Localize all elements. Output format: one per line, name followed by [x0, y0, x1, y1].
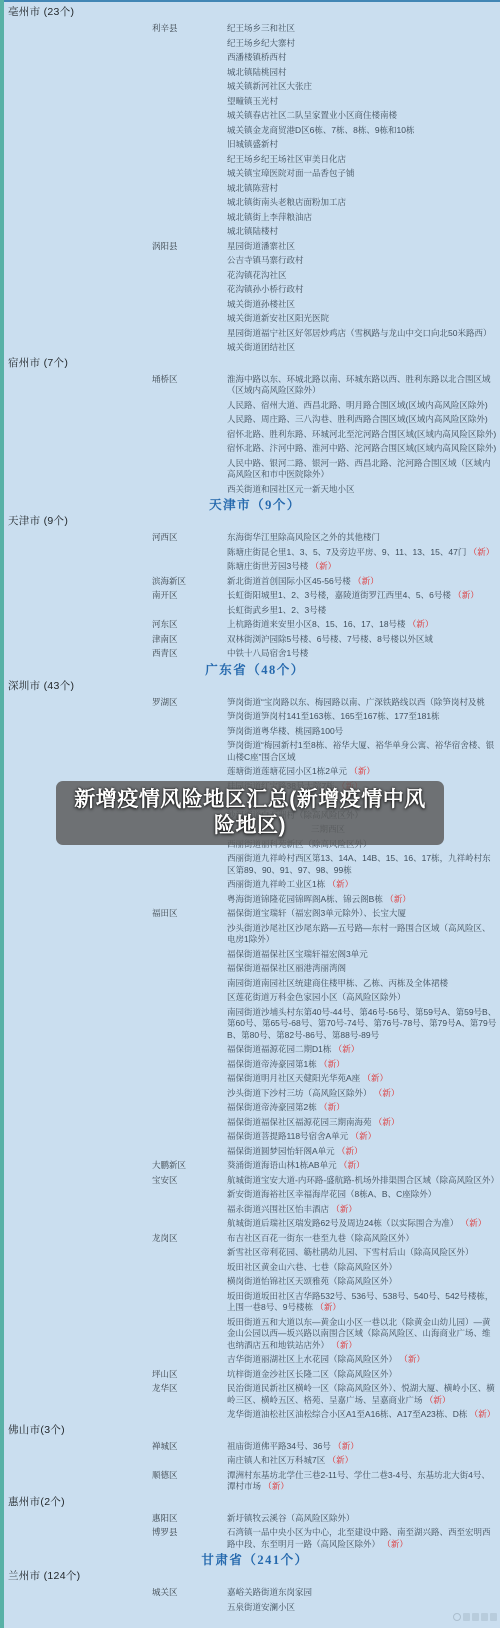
item-text: 吉华街道丽湖社区上水花园（除高风险区外） （新）: [227, 1354, 500, 1366]
table-row: 福保街道福保社区丽港湾丽湾阁: [8, 963, 500, 975]
table-row: 新安街道海裕社区幸福海岸花园（8栋A、B、C座除外）: [8, 1189, 500, 1201]
district-cell: [152, 1291, 227, 1314]
table-row: 吉华街道丽湖社区上水花园（除高风险区外） （新）: [8, 1354, 500, 1366]
district-cell: [152, 1131, 227, 1143]
district-cell: [152, 154, 227, 166]
district-cell: [152, 1262, 227, 1274]
table-row: 西丽街道九祥岭村西区第13、14A、14B、15、16、17栋，九祥岭村东区第8…: [8, 853, 500, 876]
table-row: 埇桥区淮海中路以东、环城北路以南、环城东路以西、胜利东路以北合围区域（区域内高风…: [8, 374, 500, 397]
new-badge: （新）: [466, 547, 494, 557]
district-cell: [152, 429, 227, 441]
district-cell: 宝安区: [152, 1175, 227, 1187]
table-row: 公吉寺镇马寨行政村: [8, 255, 500, 267]
new-badge: （新）: [325, 1455, 353, 1465]
province-header: 广东省（48个）: [8, 663, 500, 678]
item-text: 石湾镇一品中央小区为中心，北至建设中路、南至湖兴路、西至宏明西路中段、东至明月一…: [227, 1527, 500, 1550]
district-cell: [152, 255, 227, 267]
item-text: 坑梓街道金沙社区长隆二区（除高风险区外）: [227, 1369, 500, 1381]
table-row: 坂田街道坂田社区吉华路532号、536号、538号、540号、542号楼栋，上围…: [8, 1291, 500, 1314]
item-text: 航城街道后瑞社区瑞发路62号及周边24栋（以实际围合为准） （新）: [227, 1218, 500, 1230]
new-badge: （新）: [467, 1409, 495, 1419]
district-cell: 滨海新区: [152, 576, 227, 588]
district-cell: [152, 284, 227, 296]
new-badge: （新）: [337, 1160, 365, 1170]
table-row: 西关街道和园社区元一新天地小区: [8, 484, 500, 496]
district-cell: 博罗县: [152, 1527, 227, 1550]
table-row: 津南区双林街浏沪园除5号楼、6号楼、7号楼、8号楼以外区域: [8, 634, 500, 646]
district-cell: [152, 226, 227, 238]
item-text: 南园街道沙埔头村东第40号-44号、第46号-56号、第59号A、第59号B、第…: [227, 1007, 500, 1042]
table-row: 人民路、周庄路、三八沟巷、胜利西路合围区域(区域内高风险区除外): [8, 414, 500, 426]
district-cell: [152, 139, 227, 151]
overlay-title: 新增疫情风险地区汇总(新增疫情中风险地区): [56, 787, 444, 839]
table-row: 河东区上杭路街道来安里小区8、15、16、17、18号楼 （新）: [8, 619, 500, 631]
new-badge: （新）: [451, 590, 479, 600]
table-row: 人民路、宿州大道、西昌北路、明月路合围区域(区域内高风险区除外): [8, 400, 500, 412]
new-badge: （新）: [325, 879, 353, 889]
table-row: 禅城区祖庙街道佛平路34号、36号 （新）: [8, 1441, 500, 1453]
item-text: 人民路、周庄路、三八沟巷、胜利西路合围区域(区域内高风险区除外): [227, 414, 500, 426]
new-badge: （新）: [423, 1395, 451, 1405]
table-row: 宿怀北路、汴河中路、淮河中路、沱河路合围区域(区域内高风险区除外): [8, 443, 500, 455]
table-row: 福保街道圆梦园怡轩阁A单元 （新）: [8, 1146, 500, 1158]
district-cell: [152, 52, 227, 64]
table-row: 福保街道福保社区宝瑞轩福宏阁3单元: [8, 949, 500, 961]
item-text: 新圩镇牧云溪谷（高风险区除外）: [227, 1513, 500, 1525]
new-badge: （新）: [331, 1044, 359, 1054]
district-cell: [152, 1146, 227, 1158]
district-cell: [152, 1088, 227, 1100]
table-row: 城北镇陆楼村: [8, 226, 500, 238]
table-row: 城北镇陈营村: [8, 183, 500, 195]
table-row: 罗湖区笋岗街道“宝岗路以东、梅园路以南、广深铁路线以西（除笋岗村及桃: [8, 697, 500, 709]
district-cell: [152, 270, 227, 282]
item-text: 沙头街道下沙村三坊（高风险区除外） （新）: [227, 1088, 500, 1100]
item-text: 嘉峪关路街道东岗家园: [227, 1587, 500, 1599]
table-row: 福田区福保街道宝瑞轩（福宏阁3单元除外）、长宝大厦: [8, 908, 500, 920]
item-text: 中铁十八局宿舍1号楼: [227, 648, 500, 660]
new-badge: （新）: [383, 894, 411, 904]
district-cell: [152, 81, 227, 93]
district-cell: [152, 313, 227, 325]
item-text: 福保街道福保社区宝瑞轩福宏阁3单元: [227, 949, 500, 961]
district-cell: [152, 183, 227, 195]
watermark-text-blur: [490, 1613, 497, 1621]
district-cell: [152, 1276, 227, 1288]
item-text: 民治街道民新社区横岭一区（除高风险区外）、悦湖大厦、横岭小区、横岭三区、横岭五区…: [227, 1383, 500, 1406]
district-cell: [152, 414, 227, 426]
district-cell: 大鹏新区: [152, 1160, 227, 1172]
table-row: 沙头街道下沙村三坊（高风险区除外） （新）: [8, 1088, 500, 1100]
item-text: 陈塘庄街昆仑里1、3、5、7及旁边平房、9、11、13、15、47门 （新）: [227, 547, 500, 559]
table-row: 纪王场乡纪大寨村: [8, 38, 500, 50]
new-badge: （新）: [329, 1204, 357, 1214]
item-text: 笋岗街道“梅园新村1至8栋、裕华大厦、裕华单身公寓、裕华宿舍楼、银山楼C座”围合…: [227, 740, 500, 763]
district-cell: [152, 923, 227, 946]
district-cell: 惠阳区: [152, 1513, 227, 1525]
table-row: 五泉街道安澜小区: [8, 1602, 500, 1614]
item-text: 莲塘街道莲塘花园小区1栋2单元 （新）: [227, 766, 500, 778]
table-row: 陈塘庄街昆仑里1、3、5、7及旁边平房、9、11、13、15、47门 （新）: [8, 547, 500, 559]
district-cell: [152, 726, 227, 738]
district-cell: [152, 879, 227, 891]
new-badge: （新）: [380, 1539, 408, 1549]
item-text: 望疃镇玉光村: [227, 96, 500, 108]
item-text: 花沟镇孙小桥行政村: [227, 284, 500, 296]
district-cell: [152, 1218, 227, 1230]
item-text: 宿怀北路、汴河中路、淮河中路、沱河路合围区域(区域内高风险区除外): [227, 443, 500, 455]
table-row: 南园街道沙埔头村东第40号-44号、第46号-56号、第59号A、第59号B、第…: [8, 1007, 500, 1042]
district-cell: 西青区: [152, 648, 227, 660]
district-cell: [152, 1007, 227, 1042]
item-text: 星园街道福宁社区好邻居炒鸡店（雪枫路与龙山中交口向北50米路西）: [227, 328, 500, 340]
new-badge: （新）: [331, 1441, 359, 1451]
city-label: 佛山市(3个): [8, 1424, 500, 1437]
item-text: 坂田社区黄金山六巷、七巷（除高风险区外）: [227, 1262, 500, 1274]
city-label: 天津市 (9个): [8, 515, 500, 528]
item-text: 东海街华江里除高风险区之外的其他楼门: [227, 532, 500, 544]
item-text: 福保街道圆梦园怡轩阁A单元 （新）: [227, 1146, 500, 1158]
district-cell: [152, 711, 227, 723]
item-text: 坂田街道坂田社区吉华路532号、536号、538号、540号、542号楼栋，上围…: [227, 1291, 500, 1314]
district-cell: [152, 978, 227, 990]
item-text: 坂田街道五和大道以东—黄金山小区一巷以北（除黄金山幼儿园）—黄金山公园以西—坂兴…: [227, 1317, 500, 1352]
district-cell: [152, 443, 227, 455]
watermark-text-blur: [472, 1613, 479, 1621]
table-row: 航城街道后瑞社区瑞发路62号及周边24栋（以实际围合为准） （新）: [8, 1218, 500, 1230]
district-cell: [152, 853, 227, 876]
district-cell: [152, 963, 227, 975]
table-row: 龙岗区布吉社区百花一街东一巷至九巷（除高风险区外）: [8, 1233, 500, 1245]
table-row: 旧城镇盛新村: [8, 139, 500, 151]
new-badge: （新）: [397, 1354, 425, 1364]
item-text: 福保街道福源花园二期D1栋 （新）: [227, 1044, 500, 1056]
new-badge: （新）: [347, 766, 375, 776]
district-cell: [152, 1059, 227, 1071]
table-row: 南庄镇人和社区万科城7区 （新）: [8, 1455, 500, 1467]
district-cell: 坪山区: [152, 1369, 227, 1381]
item-text: 粤海街道锦隆花园锦晖阁A栋、锦云阁B栋 （新）: [227, 894, 500, 906]
item-text: 福保街道福保社区丽港湾丽湾阁: [227, 963, 500, 975]
watermark-logo-icon: [453, 1613, 461, 1621]
district-cell: [152, 67, 227, 79]
item-text: 葵涌街道海语山林1栋AB单元 （新）: [227, 1160, 500, 1172]
item-text: 花沟镇花沟社区: [227, 270, 500, 282]
table-row: 龙华街道油松社区油松综合小区A1至A16栋、A17至A23栋、D栋 （新）: [8, 1409, 500, 1421]
table-row: 笋岗街道粤华楼、桃园路100号: [8, 726, 500, 738]
table-row: 南园街道南园社区统建商住楼甲栋、乙栋、丙栋及全体裙楼: [8, 978, 500, 990]
district-cell: [152, 125, 227, 137]
city-label: 深圳市 (43个): [8, 680, 500, 693]
new-badge: （新）: [335, 1146, 363, 1156]
table-row: 城北镇街上李萍粮油店: [8, 212, 500, 224]
district-cell: 禅城区: [152, 1441, 227, 1453]
item-text: 笋岗街道“宝岗路以东、梅园路以南、广深铁路线以西（除笋岗村及桃: [227, 697, 500, 709]
item-text: 淮海中路以东、环城北路以南、环城东路以西、胜利东路以北合围区域（区域内高风险区除…: [227, 374, 500, 397]
district-cell: [152, 547, 227, 559]
item-text: 城关街道新安社区阳光医院: [227, 313, 500, 325]
new-badge: （新）: [406, 619, 434, 629]
item-text: 西关街道和园社区元一新天地小区: [227, 484, 500, 496]
district-cell: [152, 1073, 227, 1085]
table-row: 城北镇陆桃园村: [8, 67, 500, 79]
item-text: 公吉寺镇马寨行政村: [227, 255, 500, 267]
item-text: 西丽街道九祥岭工业区1栋 （新）: [227, 879, 500, 891]
table-row: 惠阳区新圩镇牧云溪谷（高风险区除外）: [8, 1513, 500, 1525]
district-cell: [152, 1602, 227, 1614]
new-badge: （新）: [348, 1131, 376, 1141]
table-row: 新雪社区帝利花园、簕杜鹃幼儿园、下雪村后山（除高风险区外）: [8, 1247, 500, 1259]
district-cell: 津南区: [152, 634, 227, 646]
table-row: 河西区东海街华江里除高风险区之外的其他楼门: [8, 532, 500, 544]
title-overlay: 新增疫情风险地区汇总(新增疫情中风险地区): [56, 781, 444, 845]
city-label: 惠州市(2个): [8, 1496, 500, 1509]
table-row: 南开区长虹街阳城里1、2、3号楼，嘉陵道街罗江西里4、5、6号楼 （新）: [8, 590, 500, 602]
item-text: 旧城镇盛新村: [227, 139, 500, 151]
new-badge: （新）: [317, 1059, 345, 1069]
district-cell: [152, 1354, 227, 1366]
district-cell: [152, 328, 227, 340]
district-cell: [152, 949, 227, 961]
item-text: 城关街道团结社区: [227, 342, 500, 354]
table-row: 大鹏新区葵涌街道海语山林1栋AB单元 （新）: [8, 1160, 500, 1172]
table-row: 宿怀北路、胜利东路、环城河北至沱河路合围区域(区域内高风险区除外): [8, 429, 500, 441]
new-badge: （新）: [351, 576, 379, 586]
district-cell: 涡阳县: [152, 241, 227, 253]
table-row: 福保街道福保社区福源花园三期南海苑 （新）: [8, 1117, 500, 1129]
item-text: 纪王场乡纪大寨村: [227, 38, 500, 50]
item-text: 上杭路街道来安里小区8、15、16、17、18号楼 （新）: [227, 619, 500, 631]
province-header: 甘肃省（241个）: [8, 1553, 500, 1568]
district-cell: [152, 1247, 227, 1259]
item-text: 福保街道宝瑞轩（福宏阁3单元除外）、长宝大厦: [227, 908, 500, 920]
item-text: 福保街道帝涛豪园第1栋 （新）: [227, 1059, 500, 1071]
table-row: 城关街道孙楼社区: [8, 299, 500, 311]
district-cell: [152, 299, 227, 311]
district-cell: [152, 605, 227, 617]
table-row: 西丽街道九祥岭工业区1栋 （新）: [8, 879, 500, 891]
city-label: 宿州市 (7个): [8, 357, 500, 370]
item-text: 南园街道南园社区统建商住楼甲栋、乙栋、丙栋及全体裙楼: [227, 978, 500, 990]
table-row: 横岗街道怡锦社区天颂雅苑（除高风险区外）: [8, 1276, 500, 1288]
item-text: 新北街道首创国际小区45-56号楼 （新）: [227, 576, 500, 588]
item-text: 潭洲村东基坊北学仕三巷2-11号、学仕二巷3-4号、东基坊北大街4号、潭村市场 …: [227, 1470, 500, 1493]
item-text: 祖庙街道佛平路34号、36号 （新）: [227, 1441, 500, 1453]
watermark-text-blur: [481, 1613, 488, 1621]
district-cell: 龙华区: [152, 1383, 227, 1406]
item-text: 宿怀北路、胜利东路、环城河北至沱河路合围区域(区域内高风险区除外): [227, 429, 500, 441]
table-row: 区莲花街道万科金色家园小区（高风险区除外）: [8, 992, 500, 1004]
district-cell: 利辛县: [152, 23, 227, 35]
district-cell: [152, 992, 227, 1004]
item-text: 人民路、宿州大道、西昌北路、明月路合围区域(区域内高风险区除外): [227, 400, 500, 412]
table-row: 城北镇街南头老粮店面粉加工店: [8, 197, 500, 209]
new-badge: （新）: [313, 1302, 341, 1312]
item-text: 福保街道福保社区福源花园三期南海苑 （新）: [227, 1117, 500, 1129]
item-text: 西丽街道九祥岭村西区第13、14A、14B、15、16、17栋，九祥岭村东区第8…: [227, 853, 500, 876]
item-text: 福保街道明月社区天健阳光华苑A座 （新）: [227, 1073, 500, 1085]
table-row: 人民中路、银河二路、银河一路、西昌北路、沱河路合围区域（区域内高风险区和市中医院…: [8, 458, 500, 481]
district-cell: 龙岗区: [152, 1233, 227, 1245]
district-cell: 顺德区: [152, 1470, 227, 1493]
district-cell: 埇桥区: [152, 374, 227, 397]
district-cell: [152, 1102, 227, 1114]
table-row: 城关镇春店社区二队呈家置业小区商住楼南楼: [8, 110, 500, 122]
item-text: 城关街道孙楼社区: [227, 299, 500, 311]
table-row: 西潘楼镇桥西村: [8, 52, 500, 64]
district-cell: [152, 1455, 227, 1467]
table-row: 坂田街道五和大道以东—黄金山小区一巷以北（除黄金山幼儿园）—黄金山公园以西—坂兴…: [8, 1317, 500, 1352]
table-row: 坂田社区黄金山六巷、七巷（除高风险区外）: [8, 1262, 500, 1274]
district-cell: [152, 38, 227, 50]
district-cell: 福田区: [152, 908, 227, 920]
table-row: 宝安区航城街道宝安大道-内环路-盛航路-机场外排渠围合区域（除高风险区外）: [8, 1175, 500, 1187]
table-row: 莲塘街道莲塘花园小区1栋2单元 （新）: [8, 766, 500, 778]
table-row: 龙华区民治街道民新社区横岭一区（除高风险区外）、悦湖大厦、横岭小区、横岭三区、横…: [8, 1383, 500, 1406]
table-row: 笋岗街道笋岗村141至163栋、165至167栋、177至181栋: [8, 711, 500, 723]
item-text: 横岗街道怡锦社区天颂雅苑（除高风险区外）: [227, 1276, 500, 1288]
district-cell: 南开区: [152, 590, 227, 602]
table-row: 城关街道新安社区阳光医院: [8, 313, 500, 325]
table-row: 花沟镇花沟社区: [8, 270, 500, 282]
table-row: 坪山区坑梓街道金沙社区长隆二区（除高风险区外）: [8, 1369, 500, 1381]
item-text: 人民中路、银河二路、银河一路、西昌北路、沱河路合围区域（区域内高风险区和市中医院…: [227, 458, 500, 481]
table-row: 福保街道帝涛豪园第1栋 （新）: [8, 1059, 500, 1071]
table-row: 粤海街道锦隆花园锦晖阁A栋、锦云阁B栋 （新）: [8, 894, 500, 906]
district-cell: [152, 766, 227, 778]
new-badge: （新）: [372, 1117, 400, 1127]
city-label: 兰州市 (124个): [8, 1570, 500, 1583]
district-cell: [152, 484, 227, 496]
district-cell: [152, 168, 227, 180]
table-row: 滨海新区新北街道首创国际小区45-56号楼 （新）: [8, 576, 500, 588]
new-badge: （新）: [308, 561, 336, 571]
new-badge: （新）: [458, 1218, 486, 1228]
item-text: 城北镇街上李萍粮油店: [227, 212, 500, 224]
table-row: 福保街道福源花园二期D1栋 （新）: [8, 1044, 500, 1056]
item-text: 城关镇宝璋医院对面一品香包子铺: [227, 168, 500, 180]
item-text: 沙头街道沙尾社区沙尾东路—五号路—东村一路围合区域（高风险区、电房1除外）: [227, 923, 500, 946]
table-row: 花沟镇孙小桥行政村: [8, 284, 500, 296]
new-badge: （新）: [329, 1340, 357, 1350]
province-header: 天津市（9个）: [8, 498, 500, 513]
district-cell: [152, 212, 227, 224]
table-row: 望疃镇玉光村: [8, 96, 500, 108]
item-text: 笋岗街道笋岗村141至163栋、165至167栋、177至181栋: [227, 711, 500, 723]
district-cell: [152, 400, 227, 412]
table-row: 福保街道帝涛豪园第2栋 （新）: [8, 1102, 500, 1114]
table-row: 陈塘庄街世芳园3号楼 （新）: [8, 561, 500, 573]
table-row: 城关镇新河社区大张庄: [8, 81, 500, 93]
item-text: 城北镇陆楼村: [227, 226, 500, 238]
table-row: 城关区嘉峪关路街道东岗家园: [8, 1587, 500, 1599]
district-cell: 罗湖区: [152, 697, 227, 709]
district-cell: [152, 1409, 227, 1421]
item-text: 南庄镇人和社区万科城7区 （新）: [227, 1455, 500, 1467]
district-cell: [152, 96, 227, 108]
table-row: 沙头街道沙尾社区沙尾东路—五号路—东村一路围合区域（高风险区、电房1除外）: [8, 923, 500, 946]
district-cell: [152, 1117, 227, 1129]
item-text: 龙华街道油松社区油松综合小区A1至A16栋、A17至A23栋、D栋 （新）: [227, 1409, 500, 1421]
district-cell: [152, 1204, 227, 1216]
new-badge: （新）: [360, 1073, 388, 1083]
item-text: 城北镇街南头老粮店面粉加工店: [227, 197, 500, 209]
item-text: 西潘楼镇桥西村: [227, 52, 500, 64]
item-text: 城北镇陈营村: [227, 183, 500, 195]
watermark: [453, 1611, 497, 1623]
item-text: 纪王场乡三和社区: [227, 23, 500, 35]
item-text: 航城街道宝安大道-内环路-盛航路-机场外排渠围合区域（除高风险区外）: [227, 1175, 500, 1187]
item-text: 城关镇春店社区二队呈家置业小区商住楼南楼: [227, 110, 500, 122]
district-cell: [152, 110, 227, 122]
table-row: 城关街道团结社区: [8, 342, 500, 354]
new-badge: （新）: [317, 1102, 345, 1112]
item-text: 城关镇新河社区大张庄: [227, 81, 500, 93]
district-cell: [152, 342, 227, 354]
item-text: 长虹街阳城里1、2、3号楼，嘉陵道街罗江西里4、5、6号楼 （新）: [227, 590, 500, 602]
district-cell: 河东区: [152, 619, 227, 631]
table-row: 顺德区潭洲村东基坊北学仕三巷2-11号、学仕二巷3-4号、东基坊北大街4号、潭村…: [8, 1470, 500, 1493]
new-badge: （新）: [372, 1088, 400, 1098]
table-row: 笋岗街道“梅园新村1至8栋、裕华大厦、裕华单身公寓、裕华宿舍楼、银山楼C座”围合…: [8, 740, 500, 763]
district-cell: [152, 1317, 227, 1352]
table-row: 福永街道兴围社区怡丰酒店 （新）: [8, 1204, 500, 1216]
district-cell: [152, 561, 227, 573]
table-row: 涡阳县星园街道潘寨社区: [8, 241, 500, 253]
item-text: 新雪社区帝利花园、簕杜鹃幼儿园、下雪村后山（除高风险区外）: [227, 1247, 500, 1259]
item-text: 双林街浏沪园除5号楼、6号楼、7号楼、8号楼以外区域: [227, 634, 500, 646]
item-text: 城北镇陆桃园村: [227, 67, 500, 79]
table-row: 纪王场乡纪王场社区审美日化店: [8, 154, 500, 166]
district-cell: [152, 1044, 227, 1056]
table-row: 城关镇金龙商贸港D区6栋、7栋、8栋、9栋和10栋: [8, 125, 500, 137]
district-cell: [152, 740, 227, 763]
item-text: 布吉社区百花一街东一巷至九巷（除高风险区外）: [227, 1233, 500, 1245]
district-cell: [152, 197, 227, 209]
item-text: 福永街道兴围社区怡丰酒店 （新）: [227, 1204, 500, 1216]
new-badge: （新）: [261, 1481, 289, 1491]
item-text: 纪王场乡纪王场社区审美日化店: [227, 154, 500, 166]
item-text: 城关镇金龙商贸港D区6栋、7栋、8栋、9栋和10栋: [227, 125, 500, 137]
item-text: 区莲花街道万科金色家园小区（高风险区除外）: [227, 992, 500, 1004]
table-row: 星园街道福宁社区好邻居炒鸡店（雪枫路与龙山中交口向北50米路西）: [8, 328, 500, 340]
item-text: 星园街道潘寨社区: [227, 241, 500, 253]
item-text: 福保街道菩提路118号宿舍A单元 （新）: [227, 1131, 500, 1143]
item-text: 长虹街武乡里1、2、3号楼: [227, 605, 500, 617]
table-row: 长虹街武乡里1、2、3号楼: [8, 605, 500, 617]
table-row: 福保街道菩提路118号宿舍A单元 （新）: [8, 1131, 500, 1143]
table-row: 博罗县石湾镇一品中央小区为中心，北至建设中路、南至湖兴路、西至宏明西路中段、东至…: [8, 1527, 500, 1550]
table-row: 福保街道明月社区天健阳光华苑A座 （新）: [8, 1073, 500, 1085]
city-label: 亳州市 (23个): [8, 6, 500, 19]
district-cell: 河西区: [152, 532, 227, 544]
item-text: 新安街道海裕社区幸福海岸花园（8栋A、B、C座除外）: [227, 1189, 500, 1201]
item-text: 陈塘庄街世芳园3号楼 （新）: [227, 561, 500, 573]
table-row: 西青区中铁十八局宿舍1号楼: [8, 648, 500, 660]
district-cell: [152, 894, 227, 906]
item-text: 福保街道帝涛豪园第2栋 （新）: [227, 1102, 500, 1114]
table-row: 利辛县纪王场乡三和社区: [8, 23, 500, 35]
district-cell: [152, 1189, 227, 1201]
table-row: 城关镇宝璋医院对面一品香包子铺: [8, 168, 500, 180]
item-text: 笋岗街道粤华楼、桃园路100号: [227, 726, 500, 738]
district-cell: 城关区: [152, 1587, 227, 1599]
district-cell: [152, 458, 227, 481]
watermark-text-blur: [463, 1613, 470, 1621]
